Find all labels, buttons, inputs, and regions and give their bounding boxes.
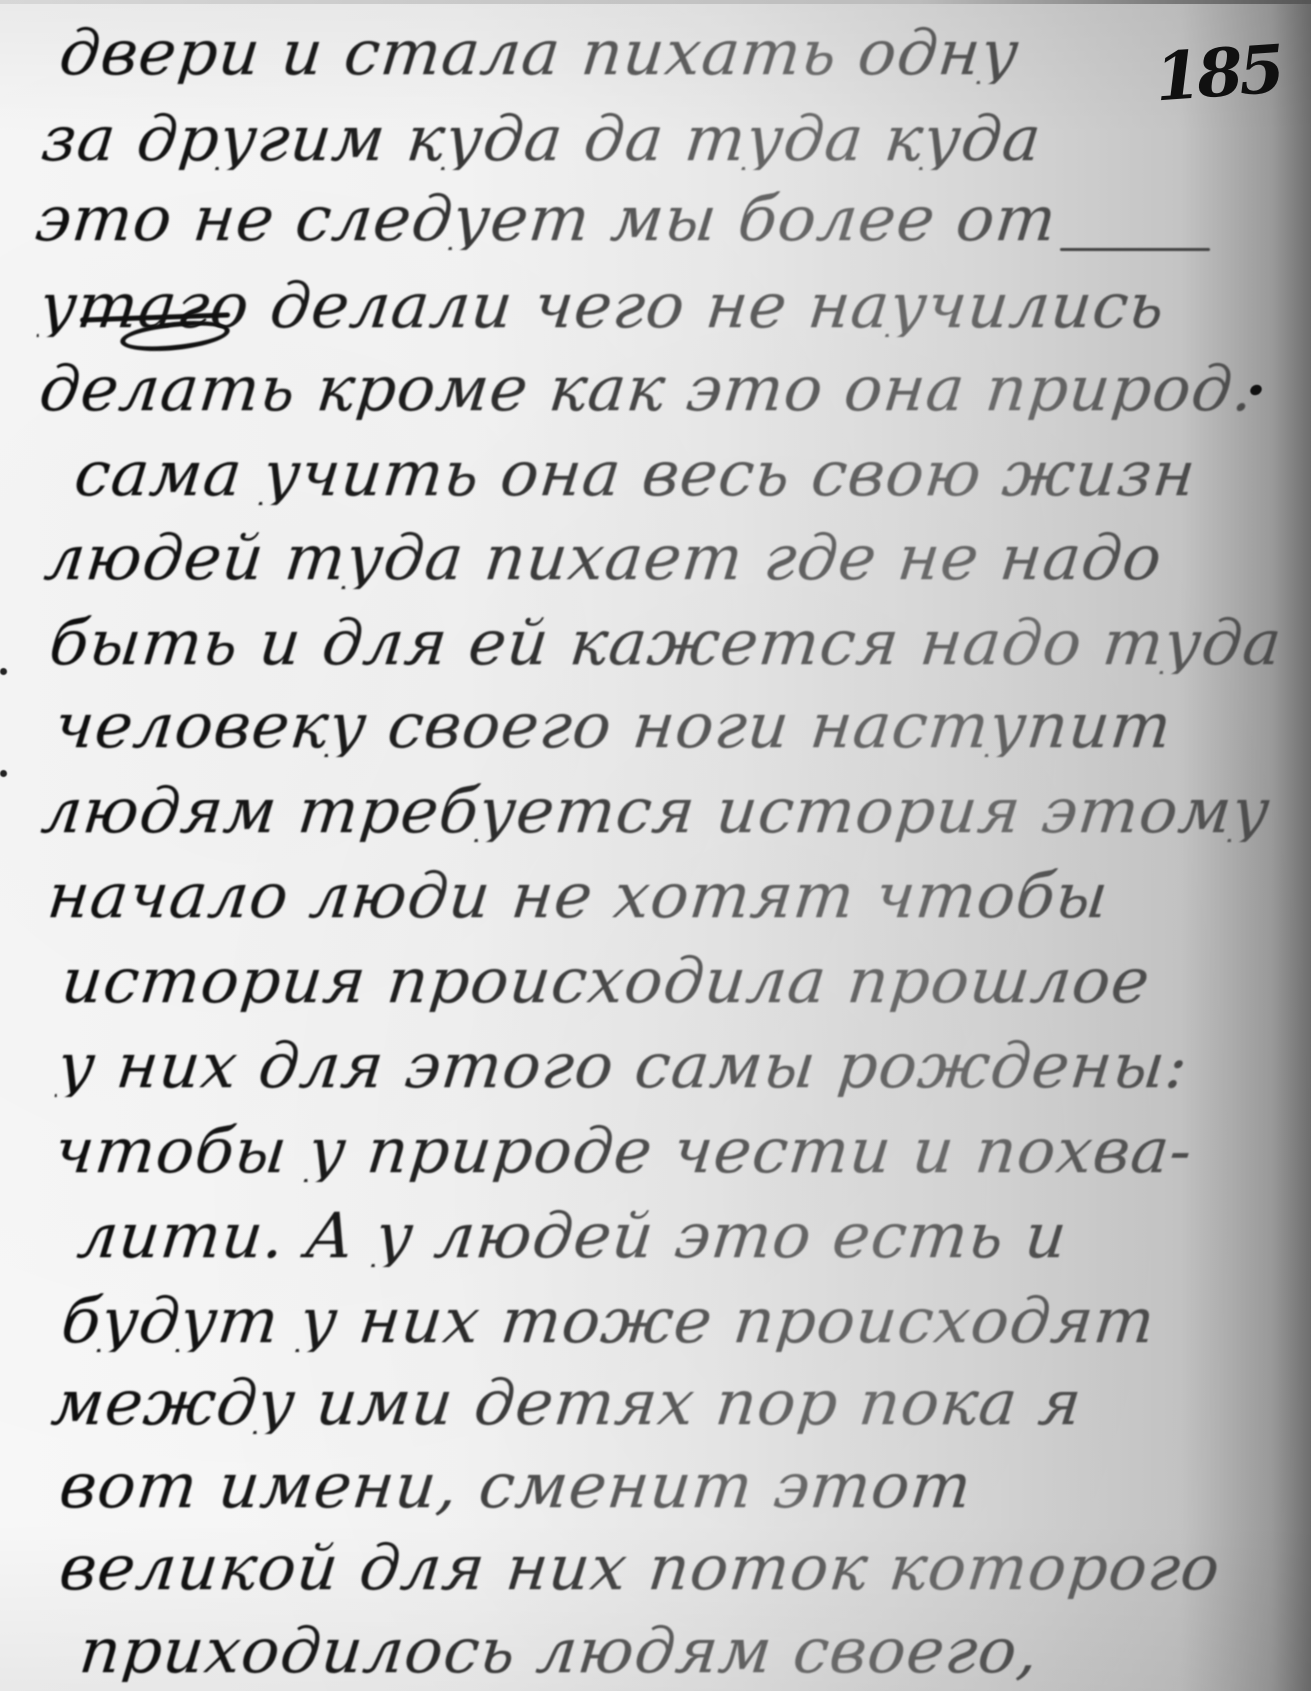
text-line: история происходила прошлое bbox=[59, 950, 1154, 1012]
manuscript-page: 185 двери и стала пихать одну за другим … bbox=[0, 0, 1311, 1691]
text-line: делать кроме как это она природ. bbox=[37, 358, 1258, 420]
text-line: у них для этого самы рождены: bbox=[55, 1035, 1192, 1097]
text-line: будут у них тоже происходят bbox=[59, 1290, 1159, 1352]
text-line: чтобы у природе чести и похва- bbox=[52, 1120, 1196, 1182]
text-line: двери и стала пихать одну bbox=[57, 22, 1023, 84]
text-line: начало люди не хотят чтобы bbox=[45, 865, 1112, 927]
ink-underline bbox=[1060, 248, 1210, 251]
text-line: за другим куда да туда куда bbox=[39, 108, 1045, 170]
text-line: это не следует мы более от bbox=[33, 188, 1060, 250]
text-line: вот имени, сменит этот bbox=[57, 1455, 975, 1517]
text-line: лити. А у людей это есть и bbox=[75, 1205, 1071, 1267]
text-line: быть и для ей кажется надо туда bbox=[47, 612, 1285, 674]
text-line: человеку своего ноги наступит bbox=[52, 695, 1175, 757]
text-line: сама учить она весь свою жизн bbox=[72, 443, 1199, 505]
text-line: людям требуется история этому bbox=[39, 780, 1274, 842]
text-line: приходилось людям своего, bbox=[77, 1620, 1042, 1682]
handwritten-text-block: двери и стала пихать одну за другим куда… bbox=[0, 0, 1311, 1691]
text-line: великой для них поток которого bbox=[57, 1537, 1224, 1599]
text-line: между ими детях пор пока я bbox=[49, 1372, 1086, 1434]
text-line: людей туда пихает где не надо bbox=[42, 527, 1166, 589]
page-number: 185 bbox=[1153, 30, 1284, 117]
